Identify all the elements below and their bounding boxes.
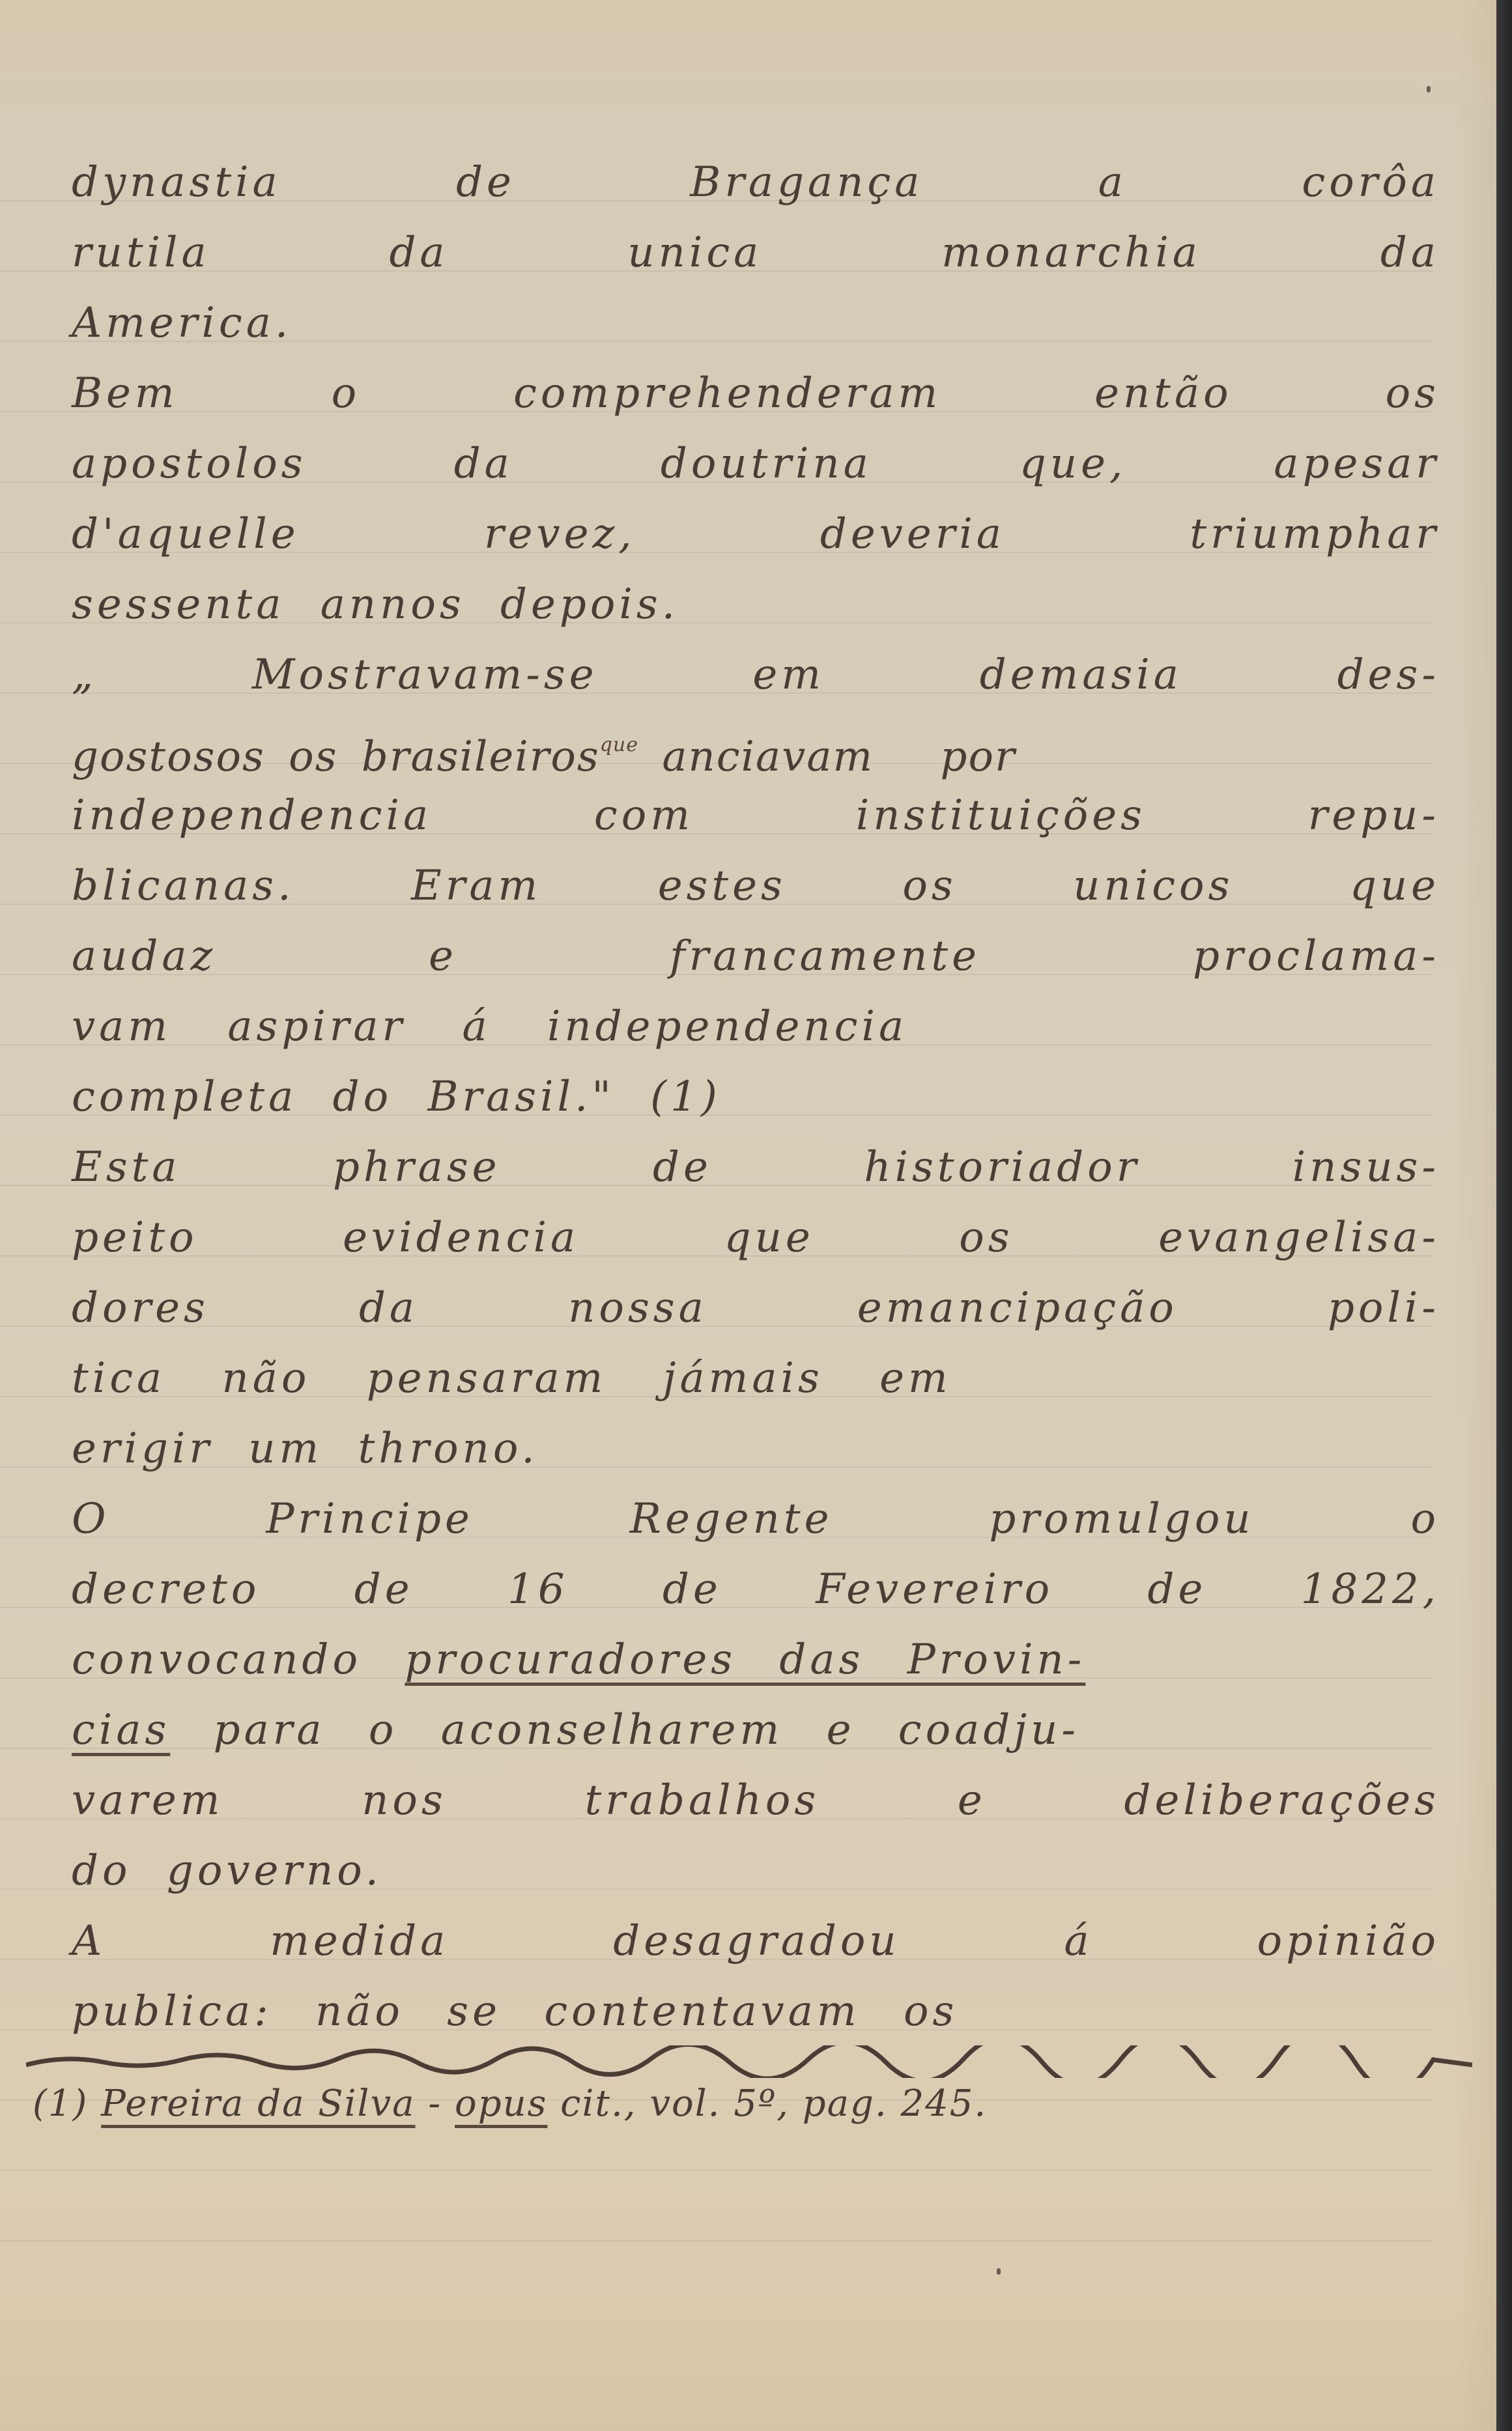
text-line: tica não pensaram jámais em xyxy=(72,1352,1440,1404)
text-line: O Principe Regente promulgou o xyxy=(72,1493,1440,1545)
footnote-opus: opus xyxy=(455,2083,547,2125)
text-line: varem nos trabalhos e deliberações xyxy=(72,1774,1440,1827)
text-fragment: anciavam por xyxy=(662,733,1016,781)
text-line: do governo. xyxy=(72,1845,1440,1897)
footnote-author: Pereira da Silva xyxy=(101,2083,415,2125)
page-edge-shadow xyxy=(1496,0,1512,2431)
text-line: Esta phrase de historiador insus- xyxy=(72,1141,1440,1193)
manuscript-page: dynastia de Bragança a corôa rutila da u… xyxy=(0,0,1496,2431)
text-line: convocando procuradores das Provin- xyxy=(72,1634,1440,1686)
text-line: rutila da unica monarchia da xyxy=(72,227,1440,279)
footnote-marker: (1) xyxy=(33,2083,88,2125)
text-fragment: para o aconselharem e coadju- xyxy=(214,1706,1079,1754)
text-line: vam aspirar á independencia xyxy=(72,1001,1440,1053)
paper-speck xyxy=(997,2268,1001,2275)
footnote: (1) Pereira da Silva - opus cit., vol. 5… xyxy=(33,2078,987,2130)
underlined-phrase: procuradores das Provin- xyxy=(405,1636,1085,1684)
text-line: Bem o comprehenderam então os xyxy=(72,367,1440,419)
ruled-line xyxy=(0,2170,1433,2171)
text-line: independencia com instituições repu- xyxy=(72,789,1440,842)
text-fragment: gostosos os brasileiros xyxy=(72,733,600,781)
text-line: gostosos os brasileirosque anciavam por xyxy=(72,719,1440,783)
text-line: d'aquelle revez, deveria triumphar xyxy=(72,508,1440,560)
text-line: cias para o aconselharem e coadju- xyxy=(72,1704,1440,1756)
underlined-phrase: cias xyxy=(72,1706,170,1754)
footnote-citation: cit., vol. 5º, pag. 245. xyxy=(547,2083,987,2125)
footnote-dash: - xyxy=(415,2083,455,2125)
paper-speck xyxy=(1427,86,1431,92)
text-line: sessenta annos depois. xyxy=(72,578,1440,631)
text-line: „ Mostravam-se em demasia des- xyxy=(72,649,1440,701)
text-line: A medida desagradou á opinião xyxy=(72,1915,1440,1967)
footnote-separator xyxy=(26,2045,1472,2078)
ruled-line xyxy=(0,2240,1433,2241)
text-line: blicanas. Eram estes os unicos que xyxy=(72,860,1440,912)
text-line: publica: não se contentavam os xyxy=(72,1985,1440,2038)
text-line: audaz e francamente proclama- xyxy=(72,930,1440,982)
text-line: America. xyxy=(72,297,1440,349)
text-line: dores da nossa emancipação poli- xyxy=(72,1282,1440,1334)
text-fragment: convocando xyxy=(72,1636,362,1684)
inserted-word: que xyxy=(600,733,638,756)
text-line: dynastia de Bragança a corôa xyxy=(72,156,1440,208)
text-line: peito evidencia que os evangelisa- xyxy=(72,1212,1440,1264)
text-line: apostolos da doutrina que, apesar xyxy=(72,438,1440,490)
text-line: decreto de 16 de Fevereiro de 1822, xyxy=(72,1563,1440,1615)
text-line: completa do Brasil." (1) xyxy=(72,1071,1440,1123)
text-line: erigir um throno. xyxy=(72,1423,1440,1475)
